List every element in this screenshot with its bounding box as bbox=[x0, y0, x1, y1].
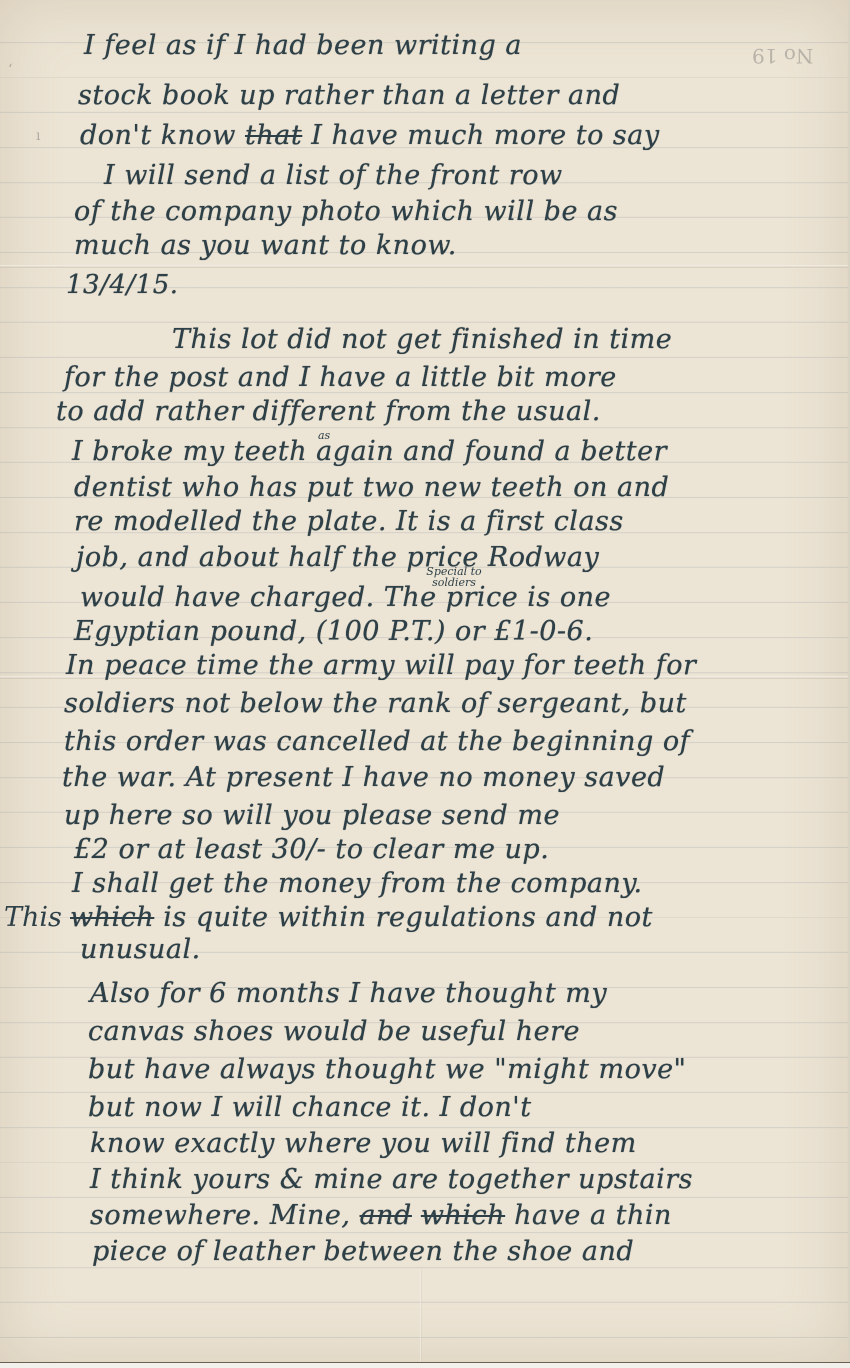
struck-word: which bbox=[421, 1200, 505, 1231]
text-line: the war. At present I have no money save… bbox=[62, 764, 665, 791]
struck-word: that bbox=[245, 120, 302, 151]
text-line: canvas shoes would be useful here bbox=[88, 1018, 580, 1045]
text-line: know exactly where you will find them bbox=[90, 1130, 637, 1157]
text-line: I broke my teeth again and found a bette… bbox=[72, 438, 667, 465]
text-line: would have charged. The price is one bbox=[80, 584, 611, 611]
paper-fold-line bbox=[420, 1270, 422, 1362]
text-line: Also for 6 months I have thought my bbox=[90, 980, 607, 1007]
text-segment: is quite within regulations and not bbox=[163, 902, 653, 933]
text-line: but now I will chance it. I don't bbox=[88, 1094, 532, 1121]
paper-fold-line bbox=[0, 265, 848, 268]
text-line: this order was cancelled at the beginnin… bbox=[64, 728, 690, 755]
text-line: This lot did not get finished in time bbox=[172, 326, 672, 353]
text-line: for the post and I have a little bit mor… bbox=[64, 364, 617, 391]
text-line: but have always thought we "might move" bbox=[88, 1056, 686, 1083]
letter-page: No 19 ʻ ı I feel as if I had been writin… bbox=[0, 0, 848, 1362]
text-line: piece of leather between the shoe and bbox=[92, 1238, 634, 1265]
text-line: re modelled the plate. It is a first cla… bbox=[74, 508, 624, 535]
text-line: I shall get the money from the company. bbox=[72, 870, 643, 897]
struck-word: and bbox=[360, 1200, 412, 1231]
text-line: to add rather different from the usual. bbox=[56, 398, 601, 425]
text-line: stock book up rather than a letter and bbox=[78, 82, 620, 109]
margin-mark: ʻ bbox=[8, 62, 12, 78]
text-line: I feel as if I had been writing a bbox=[84, 32, 522, 59]
text-line: much as you want to know. bbox=[74, 232, 457, 259]
text-line: I will send a list of the front row bbox=[104, 162, 563, 189]
struck-word: which bbox=[70, 902, 154, 933]
text-line: up here so will you please send me bbox=[64, 802, 560, 829]
text-line: which is quite within regulations and no… bbox=[70, 904, 653, 931]
text-line: I think yours & mine are together upstai… bbox=[90, 1166, 693, 1193]
text-line: don't know that I have much more to say bbox=[80, 122, 660, 149]
text-line: Egyptian pound, (100 P.T.) or £1-0-6. bbox=[74, 618, 593, 645]
text-line: unusual. bbox=[80, 936, 201, 963]
text-line: soldiers not below the rank of sergeant,… bbox=[64, 690, 687, 717]
text-line: £2 or at least 30/- to clear me up. bbox=[74, 836, 549, 863]
text-line: of the company photo which will be as bbox=[74, 198, 618, 225]
text-line: somewhere. Mine, and which have a thin bbox=[90, 1202, 672, 1229]
text-line: job, and about half the price Rodway bbox=[76, 544, 599, 571]
margin-insert: This bbox=[4, 902, 62, 933]
text-line: dentist who has put two new teeth on and bbox=[74, 474, 669, 501]
margin-mark: ı bbox=[36, 128, 40, 144]
text-line: In peace time the army will pay for teet… bbox=[66, 652, 696, 679]
letter-date: 13/4/15. bbox=[66, 272, 179, 298]
page-bottom-edge bbox=[0, 1362, 850, 1368]
page-number-mark: No 19 bbox=[752, 44, 813, 68]
